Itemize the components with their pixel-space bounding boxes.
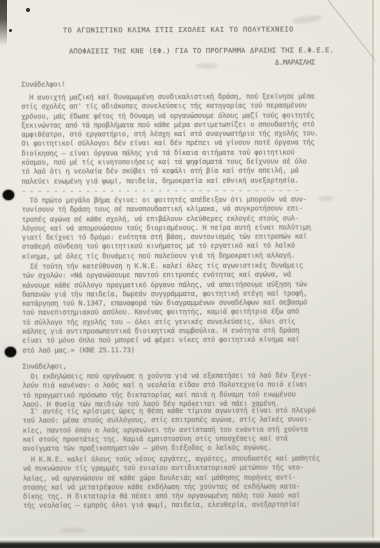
document-title-line: ΤΟ ΑΓΩΝΙΣΤΙΚΟ ΚΛΙΜΑ ΣΤΙΣ ΣΧΟΛΕΣ ΚΑΙ ΤΟ Π… [63,25,365,36]
scanned-page: ΤΟ ΑΓΩΝΙΣΤΙΚΟ ΚΛΙΜΑ ΣΤΙΣ ΣΧΟΛΕΣ ΚΑΙ ΤΟ Π… [0,0,380,548]
text-line: Οι φοιτητικοί σύλλογοι δέν είναι καί δέν… [21,139,365,150]
author-byline: Δ.ΜΑΡΑΣΛΗΣ [0,58,315,69]
text-line: στό λαό μας.» (ΚΝΕ 25.11.73) [22,345,366,356]
text-line: ΑΠΟΦΑΣΕΙΣ ΤΗΣ ΚΝΕ (ΕΦ.) ΓΙΑ ΤΟ ΠΡΟΓΡΑΜΜΑ… [69,46,365,57]
paragraph: Η ανοιχτή μαζική καί δυναμωμένη συνδικαλ… [21,92,365,186]
paragraph: Οι εκδηλώσεις πού οργάνωσε η χούντα γιά … [22,371,366,410]
text-line: κίνημα, μέ όλες τίς δυνάμεις πού παλεύου… [22,251,366,262]
paragraph: Σ' αυτές τίς κρίσιμες ώρες η θέση κάθε τ… [23,406,367,454]
text-line: Συνάδελφοι! [21,79,365,90]
scan-bottom-edge [0,536,380,548]
salutation: Συνάδελφοι, [22,361,366,372]
paragraph: Η Κ.Ν.Ε. καλεί όλους τούς νέους εργάτες,… [23,454,367,511]
paragraph: Τό πρώτο μεγάλο βήμα έγινε: οι φοιτητές … [22,195,366,262]
salutation: Συνάδελφοι! [21,79,365,90]
document-title-line: ΑΠΟΦΑΣΕΙΣ ΤΗΣ ΚΝΕ (ΕΦ.) ΓΙΑ ΤΟ ΠΡΟΓΡΑΜΜΑ… [69,46,365,57]
text-line: τής νεολαίας — εμπρός όλοι γιά ψωμί, παι… [23,501,367,512]
text-line: ΤΟ ΑΓΩΝΙΣΤΙΚΟ ΚΛΙΜΑ ΣΤΙΣ ΣΧΟΛΕΣ ΚΑΙ ΤΟ Π… [63,25,365,36]
text-line: Συνάδελφοι, [22,361,366,372]
text-line: Δ.ΜΑΡΑΣΛΗΣ [0,58,315,69]
text-line: παλεύει ενωμένη γιά ψωμί, παιδεία, δημοκ… [22,176,366,187]
document-page: ΤΟ ΑΓΩΝΙΣΤΙΚΟ ΚΛΙΜΑ ΣΤΙΣ ΣΧΟΛΕΣ ΚΑΙ ΤΟ Π… [0,0,380,548]
paragraph: Σέ τούτη τήν κατεύθυνση η Κ.Ν.Ε. καλεί ό… [22,261,366,355]
text-line: ανοίγματα τών πραξικοπηματιών — μόνη διέ… [23,443,367,454]
